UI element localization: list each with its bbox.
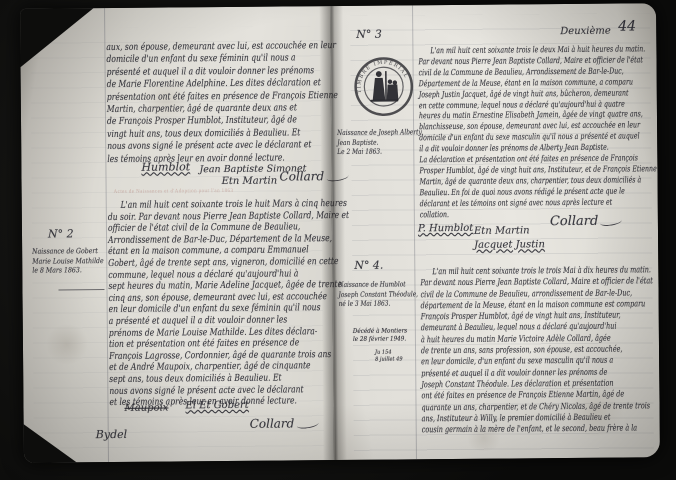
act4-body-text: L'an mil huit cent soixante trois le tro…	[420, 265, 654, 436]
act3-signature-humblot: P. Humblot	[418, 223, 473, 234]
act4-death-annotation: Décédé à Montiersle 28 février 1949.	[353, 327, 407, 344]
manuscript-line: Gobert, âgé de trente sept ans, vigneron…	[108, 256, 349, 270]
act2-number: N° 2	[48, 227, 74, 240]
act4-number: N° 4.	[354, 259, 383, 272]
act1-signature-humblot: Humblot	[141, 160, 190, 173]
act1-body-text: aux, son épouse, demeurant avec lui, est…	[106, 40, 338, 166]
act4-reference-note: Ju 1548 juillet 49	[375, 349, 403, 363]
manuscript-line: le 28 février 1949.	[353, 336, 407, 345]
manuscript-line: Marie Louise Mathilde	[32, 256, 104, 266]
manuscript-line: Naissance de Gobert	[32, 246, 104, 256]
act2-margin-note: Naissance de GobertMarie Louise Mathilde…	[32, 246, 104, 275]
act2-signature-gobert: El Et Gobert	[185, 400, 248, 412]
act3-signature-jacquet: Jacquet Justin	[474, 239, 545, 251]
book-spread: aux, son épouse, demeurant avec lui, est…	[20, 3, 660, 463]
printed-header-bleedthrough: Actes de Naissances et d'Adoption pour l…	[114, 188, 234, 195]
act2-signature-bydel: Bydel	[96, 428, 127, 441]
manuscript-line: cousin germain à la mère de l'enfant, et…	[422, 423, 654, 436]
page-series-word: Deuxième	[560, 26, 611, 37]
manuscript-line: le 8 Mars 1863.	[32, 265, 104, 275]
manuscript-line: Joseph Constant Théodule,	[338, 289, 418, 299]
book-gutter-shadow	[319, 6, 347, 460]
manuscript-line: Le 2 Mai 1863.	[337, 146, 422, 156]
act2-signature-maupoix: Maupoix	[124, 403, 168, 414]
manuscript-line: Naissance de Joseph Alberty	[337, 127, 422, 137]
act3-margin-note: Naissance de Joseph AlbertyJean Baptiste…	[337, 127, 422, 157]
manuscript-line: Beaulieu. En foi de quoi nous avons rédi…	[420, 185, 657, 198]
manuscript-line: quarante un ans, charpentier, et de Chér…	[421, 401, 653, 414]
act1-signature-martin: Etn Martin	[221, 176, 277, 187]
manuscript-line: nous avons signé le présent acte avec le…	[107, 139, 338, 153]
act3-body-text: L'an mil huit cent soixante trois le deu…	[418, 43, 657, 220]
act3-signature-collard: Collard	[550, 214, 623, 230]
timbre-imperial-stamp: TIMBRE IMPÉRIAL	[352, 55, 415, 118]
manuscript-line: 8 juillet 49	[375, 356, 403, 363]
act3-number: N° 3	[356, 28, 382, 41]
manuscript-line: né le 3 Mai 1863.	[339, 299, 419, 309]
act3-signature-martin: Etn Martin	[474, 225, 530, 236]
register-scan-photo: aux, son épouse, demeurant avec lui, est…	[0, 0, 676, 480]
manuscript-line: en leur domicile d'un enfant du sexe fém…	[109, 302, 350, 316]
act4-margin-note: Naissance de HumblotJoseph Constant Théo…	[338, 279, 418, 308]
folio-number: 44	[618, 18, 636, 34]
manuscript-line: présentation ont été faites en présence …	[107, 90, 338, 104]
act2-body-text: L'an mil huit cent soixante trois le hui…	[108, 198, 351, 409]
stamp-figures	[370, 71, 398, 102]
act2-signature-collard: Collard	[250, 416, 319, 431]
